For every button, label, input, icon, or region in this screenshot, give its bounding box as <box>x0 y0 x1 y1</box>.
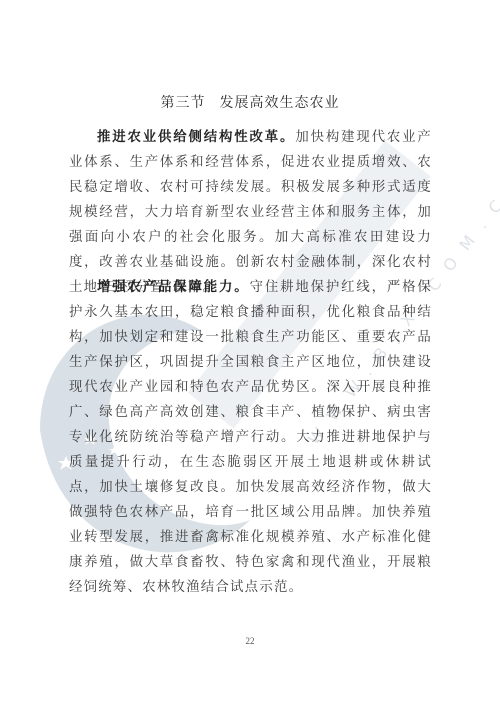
paragraph-body: 守住耕地保护红线，严格保护永久基本农田，稳定粮食播种面积，优化粮食品种结构，加快… <box>69 280 432 595</box>
paragraph-lead: 推进农业供给侧结构性改革。 <box>97 129 295 145</box>
paragraph-lead: 增强农产品保障能力。 <box>97 279 250 295</box>
section-title: 发展高效生态农业 <box>220 95 340 111</box>
section-heading: 第三节发展高效生态农业 <box>0 92 500 112</box>
section-number: 第三节 <box>161 95 206 111</box>
paragraph-body: 加快构建现代农业产业体系、生产体系和经营体系，促进农业提质增效、农民稳定增收、农… <box>69 130 432 295</box>
paragraph-supply-side-reform: 推进农业供给侧结构性改革。加快构建现代农业产业体系、生产体系和经营体系，促进农业… <box>69 125 432 300</box>
paragraph-product-security: 增强农产品保障能力。守住耕地保护红线，严格保护永久基本农田，稳定粮食播种面积，优… <box>69 275 432 600</box>
page-number: 22 <box>0 636 500 646</box>
document-page: 第三节发展高效生态农业 推进农业供给侧结构性改革。加快构建现代农业产业体系、生产… <box>0 0 500 707</box>
